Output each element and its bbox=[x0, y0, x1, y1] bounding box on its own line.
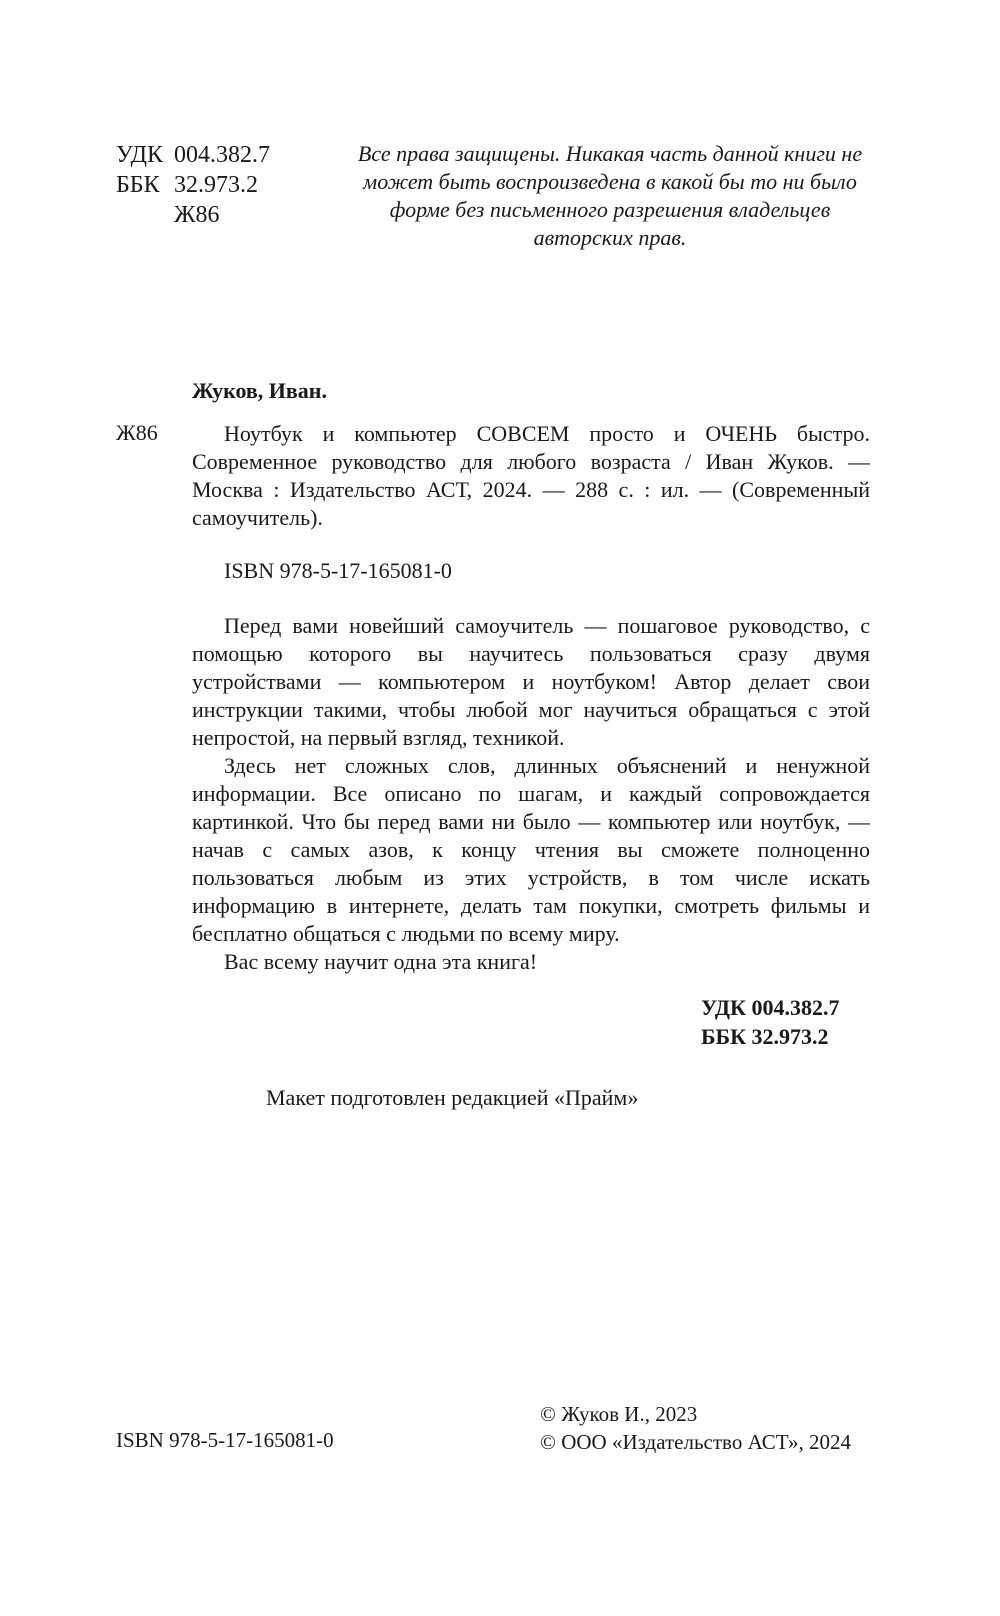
author-mark-label bbox=[116, 200, 174, 230]
footer-isbn: ISBN 978-5-17-165081-0 bbox=[116, 1428, 334, 1453]
bbk-row: ББК 32.973.2 bbox=[116, 170, 270, 200]
author-mark-row: Ж86 bbox=[116, 200, 270, 230]
prepared-by: Макет подготовлен редакцией «Прайм» bbox=[266, 1085, 638, 1111]
udk-row: УДК 004.382.7 bbox=[116, 140, 270, 170]
copyright-publisher: © ООО «Издательство АСТ», 2024 bbox=[540, 1428, 851, 1456]
bibliographic-text: Ноутбук и компьютер СОВСЕМ просто и ОЧЕН… bbox=[192, 420, 870, 532]
annotation: Перед вами новейший самоучитель — пошаго… bbox=[192, 612, 870, 976]
annotation-paragraph: Здесь нет сложных слов, длинных объяснен… bbox=[192, 752, 870, 948]
annotation-paragraph: Вас всему научит одна эта книга! bbox=[192, 948, 870, 976]
bbk-label: ББК bbox=[116, 170, 174, 200]
copyright-block: © Жуков И., 2023 © ООО «Издательство АСТ… bbox=[540, 1400, 851, 1456]
catalog-bbk: ББК 32.973.2 bbox=[701, 1022, 840, 1051]
catalog-isbn: ISBN 978-5-17-165081-0 bbox=[224, 558, 452, 584]
catalog-udk: УДК 004.382.7 bbox=[701, 993, 840, 1022]
annotation-paragraph: Перед вами новейший самоучитель — пошаго… bbox=[192, 612, 870, 752]
classification-block: УДК 004.382.7 ББК 32.973.2 Ж86 bbox=[116, 140, 270, 230]
copyright-author: © Жуков И., 2023 bbox=[540, 1400, 851, 1428]
bibliographic-description: Ноутбук и компьютер СОВСЕМ просто и ОЧЕН… bbox=[192, 420, 870, 532]
bbk-value: 32.973.2 bbox=[174, 170, 258, 200]
author-mark-value: Ж86 bbox=[174, 200, 220, 230]
catalog-author: Жуков, Иван. bbox=[192, 378, 327, 404]
udk-value: 004.382.7 bbox=[174, 140, 270, 170]
catalog-author-mark: Ж86 bbox=[116, 420, 158, 446]
rights-notice: Все права защищены. Никакая часть данной… bbox=[355, 140, 865, 252]
catalog-classification: УДК 004.382.7 ББК 32.973.2 bbox=[701, 993, 840, 1051]
udk-label: УДК bbox=[116, 140, 174, 170]
